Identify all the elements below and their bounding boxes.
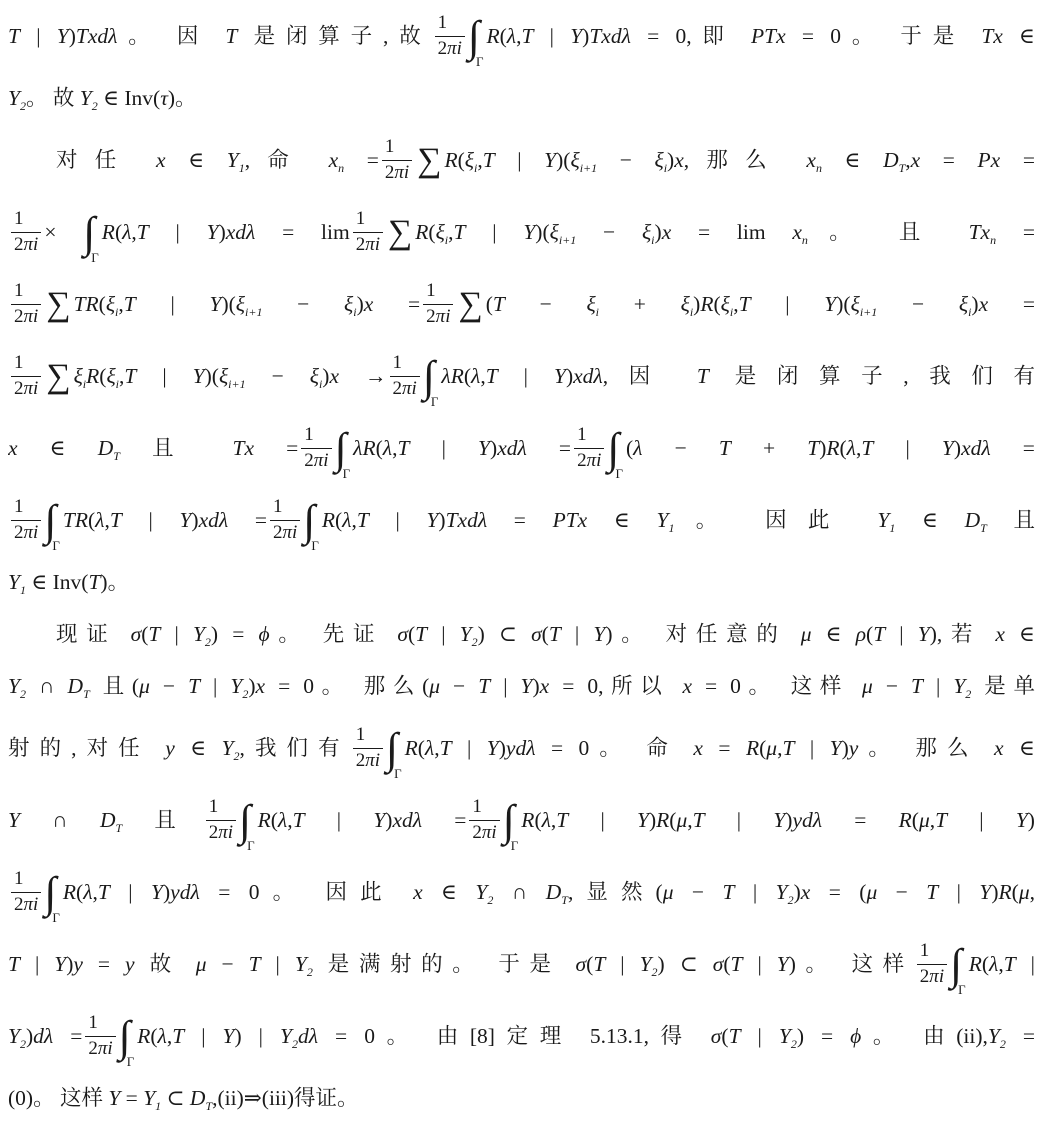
plain-text: )(: [221, 292, 235, 316]
plain-text: 2: [88, 1038, 98, 1059]
math-text: Y: [108, 1086, 120, 1110]
fraction-denominator: 2πi: [574, 449, 604, 472]
plain-text: 且: [122, 808, 203, 832]
math-text: ydλ: [506, 736, 536, 760]
math-text: T: [739, 292, 751, 316]
math-text: xdλ: [199, 508, 229, 532]
math-text: D: [546, 880, 562, 904]
fraction-denominator: 2πi: [390, 377, 420, 400]
plain-text: |: [149, 220, 207, 244]
math-text: Y: [280, 1024, 292, 1048]
math-text: Y: [193, 364, 205, 388]
plain-text: |: [369, 508, 427, 532]
plain-text: = 0。 因此: [200, 880, 413, 904]
document-page: T | Y)Txdλ。 因 T 是闭算子,故12πi∫ΓR(λ,T | Y)Tx…: [0, 0, 1043, 1124]
math-text: ϕ: [850, 1024, 861, 1048]
fraction: 12πi: [435, 12, 465, 60]
math-text: λ: [847, 436, 856, 460]
math-text: T: [124, 364, 136, 388]
fraction-numerator: 1: [382, 136, 412, 160]
plain-text: ,命: [245, 148, 329, 172]
math-text: πi: [482, 822, 497, 843]
plain-text: =: [996, 220, 1035, 244]
math-text: T: [861, 436, 873, 460]
plain-text: 2: [14, 306, 24, 327]
fraction-numerator: 1: [11, 868, 41, 892]
fraction-denominator: 2πi: [382, 161, 412, 184]
summation-sign: ∑: [417, 141, 441, 181]
plain-text: −: [597, 148, 654, 172]
plain-text: 2: [356, 234, 366, 255]
math-text: λ: [989, 952, 998, 976]
math-text: Y: [57, 24, 69, 48]
math-text: ϕ: [258, 622, 269, 646]
plain-text: ) =: [797, 1024, 850, 1048]
integral-contour-label: Γ: [343, 466, 351, 481]
math-text: σ: [131, 622, 142, 646]
plain-text: ∈: [1004, 736, 1035, 760]
fraction-denominator: 2πi: [435, 37, 465, 60]
math-text: T: [593, 952, 605, 976]
math-text: x: [156, 148, 166, 172]
math-text: Y: [143, 1086, 155, 1110]
integral-sign: ∫Γ: [44, 870, 61, 916]
text-line-8: 12πi∫ΓTR(λ,T | Y)xdλ =12πi∫ΓR(λ,T | Y)Tx…: [8, 484, 1035, 556]
plain-text: |: [160, 622, 193, 646]
plain-text: (: [982, 952, 989, 976]
plain-text: |: [305, 808, 374, 832]
plain-text: |: [751, 292, 825, 316]
plain-text: = (: [810, 880, 866, 904]
plain-text: ): [971, 292, 978, 316]
math-text: σ: [397, 622, 408, 646]
plain-text: (: [912, 808, 919, 832]
math-text: R: [746, 736, 759, 760]
math-text: Y: [80, 86, 92, 110]
math-text: x: [979, 292, 989, 316]
math-text: TR: [63, 508, 88, 532]
plain-text: ): [438, 508, 445, 532]
plain-text: |: [200, 674, 230, 698]
math-text: D: [100, 808, 116, 832]
math-text: πi: [24, 894, 39, 915]
summation-sign: ∑: [458, 285, 482, 325]
plain-text: |: [136, 364, 192, 388]
math-text: πi: [24, 306, 39, 327]
plain-text: (: [99, 292, 106, 316]
plain-text: =: [228, 508, 267, 532]
plain-text: )。: [168, 86, 197, 110]
plain-text: =: [991, 436, 1035, 460]
plain-text: 是闭算子,我们有: [709, 364, 1035, 388]
plain-text: 是单: [971, 674, 1035, 698]
plain-text: 1: [426, 280, 436, 301]
plain-text: 。 那么: [858, 736, 994, 760]
math-text: λ: [425, 736, 434, 760]
text-line-1: T | Y)Txdλ。 因 T 是闭算子,故12πi∫ΓR(λ,T | Y)Tx…: [8, 0, 1035, 72]
plain-text: = lim: [255, 220, 349, 244]
plain-text: (: [376, 436, 383, 460]
integral-sign: ∫Γ: [503, 798, 520, 844]
math-text: μ: [139, 674, 150, 698]
text-line-3: 对任 x ∈ Y1,命 xn =12πi∑R(ξi,T | Y)(ξi+1 − …: [8, 124, 1035, 196]
integral-contour-label: Γ: [247, 838, 255, 853]
math-text: ξ: [642, 220, 651, 244]
math-text: Y: [521, 674, 533, 698]
math-text: dλ: [298, 1024, 318, 1048]
math-text: ξ: [106, 292, 115, 316]
fraction-denominator: 2πi: [11, 893, 41, 916]
integral-contour-label: Γ: [311, 538, 319, 553]
math-text: T: [782, 736, 794, 760]
math-text: μ: [801, 622, 812, 646]
plain-text: 是闭算子,故: [237, 24, 431, 48]
plain-text: |: [261, 952, 295, 976]
fraction-denominator: 2πi: [11, 521, 41, 544]
fraction-numerator: 1: [11, 280, 41, 304]
math-text: Y: [230, 674, 242, 698]
integral-contour-label: Γ: [52, 538, 60, 553]
math-text: x: [662, 220, 672, 244]
plain-text: 2: [14, 378, 24, 399]
math-text: T: [249, 952, 261, 976]
plain-text: ∈: [18, 436, 98, 460]
subscript: T: [980, 521, 987, 535]
math-text: R: [258, 808, 271, 832]
plain-text: |: [923, 674, 953, 698]
fraction-denominator: 2πi: [423, 305, 453, 328]
fraction: 12πi: [206, 796, 236, 844]
text-line-15: T | Y)y = y 故 μ − T | Y2 是满射的。 于是 σ(T | …: [8, 928, 1035, 1000]
plain-text: |: [1016, 952, 1035, 976]
math-text: Y: [523, 220, 535, 244]
plain-text: 2: [472, 822, 482, 843]
math-text: PTx: [751, 24, 786, 48]
plain-text: =: [527, 436, 571, 460]
plain-text: ): [191, 508, 198, 532]
math-text: R: [102, 220, 115, 244]
math-text: T: [935, 808, 947, 832]
plain-text: 是满射的。 于是: [313, 952, 576, 976]
math-text: μ: [919, 808, 930, 832]
plain-text: ): [499, 736, 506, 760]
text-line-4: 12πi× ∫ΓR(λ,T | Y)xdλ = lim12πi∑R(ξi,T |…: [8, 196, 1035, 268]
math-text: T: [88, 570, 100, 594]
plain-text: 2: [438, 38, 448, 59]
math-text: Y: [295, 952, 307, 976]
fraction: 12πi: [353, 724, 383, 772]
plain-text: ∈ Inv(: [26, 570, 88, 594]
plain-text: ): [532, 674, 539, 698]
math-text: ξ: [74, 364, 83, 388]
integral-contour-label: Γ: [615, 466, 623, 481]
fraction: 12πi: [382, 136, 412, 184]
plain-text: 且: [120, 436, 233, 460]
plain-text: 2: [385, 162, 395, 183]
math-text: σ: [713, 952, 724, 976]
plain-text: ∈: [423, 880, 476, 904]
math-text: T: [486, 364, 498, 388]
math-text: T: [980, 521, 987, 535]
text-line-10: 现证 σ(T | Y2) = ϕ。 先证 σ(T | Y2) ⊂ σ(T | Y…: [8, 608, 1035, 660]
math-text: ξ: [236, 292, 245, 316]
plain-text: ×: [44, 220, 83, 244]
plain-text: =: [487, 508, 552, 532]
fraction-denominator: 2πi: [206, 821, 236, 844]
math-text: T: [454, 220, 466, 244]
plain-text: 1: [920, 940, 930, 961]
math-text: x: [792, 220, 802, 244]
plain-text: = lim: [671, 220, 792, 244]
math-text: πi: [24, 234, 39, 255]
integral-sign: ∫Γ: [423, 354, 440, 400]
plain-text: −: [642, 436, 718, 460]
math-text: D: [190, 1086, 206, 1110]
plain-text: ): [357, 292, 364, 316]
fraction: 12πi: [574, 424, 604, 472]
plain-text: ,(ii)⇒(iii)得证。: [212, 1086, 358, 1110]
math-text: λ: [471, 364, 480, 388]
math-text: Y: [637, 808, 649, 832]
math-text: TR: [74, 292, 99, 316]
math-text: x: [540, 674, 550, 698]
math-text: T: [357, 508, 369, 532]
math-text: R: [899, 808, 912, 832]
math-text: Y: [942, 436, 954, 460]
fraction-numerator: 1: [353, 208, 383, 232]
plain-text: (: [418, 736, 425, 760]
math-text: T: [293, 808, 305, 832]
math-text: y: [165, 736, 175, 760]
plain-text: −: [246, 364, 310, 388]
plain-text: ∈: [175, 736, 222, 760]
math-text: λR: [441, 364, 463, 388]
integral-contour-label: Γ: [511, 838, 519, 853]
math-text: R: [86, 364, 99, 388]
plain-text: 2: [393, 378, 403, 399]
plain-text: (: [486, 292, 493, 316]
plain-text: |: [568, 808, 637, 832]
plain-text: +: [731, 436, 807, 460]
fraction: 12πi: [11, 868, 41, 916]
plain-text: ⊂: [161, 1086, 190, 1110]
fraction-numerator: 1: [11, 352, 41, 376]
plain-text: )(: [556, 148, 570, 172]
plain-text: −: [150, 674, 188, 698]
fraction-numerator: 1: [301, 424, 331, 448]
math-text: μ: [862, 674, 873, 698]
math-text: ξ: [219, 364, 228, 388]
integral-sign: ∫Γ: [83, 210, 100, 256]
fraction: 12πi: [390, 352, 420, 400]
plain-text: −: [873, 674, 911, 698]
plain-text: = 0。 命: [536, 736, 694, 760]
math-text: T: [8, 24, 20, 48]
math-text: Y: [953, 674, 965, 698]
plain-text: ∈: [895, 508, 964, 532]
plain-text: = 0。 这样: [692, 674, 862, 698]
plain-text: = 0。 由[8]定理 5.13.1,得: [318, 1024, 711, 1048]
plain-text: (: [534, 808, 541, 832]
math-text: πi: [365, 750, 380, 771]
integral-contour-label: Γ: [476, 54, 484, 69]
math-text: T: [397, 436, 409, 460]
plain-text: ): [655, 220, 662, 244]
text-line-12: 射的,对任 y ∈ Y2,我们有12πi∫ΓR(λ,T | Y)ydλ = 0。…: [8, 712, 1035, 784]
plain-text: 1: [577, 424, 587, 445]
plain-text: |: [498, 364, 554, 388]
math-text: x: [329, 148, 339, 172]
math-text: T: [493, 292, 505, 316]
math-text: πi: [98, 1038, 113, 1059]
plain-text: |: [122, 508, 180, 532]
fraction: 12πi: [423, 280, 453, 328]
fraction-numerator: 1: [206, 796, 236, 820]
integral-sign: ∫Γ: [607, 426, 624, 472]
plain-text: +1: [562, 233, 576, 247]
plain-text: 1: [273, 496, 283, 517]
fraction-denominator: 2πi: [270, 521, 300, 544]
plain-text: →: [339, 364, 387, 388]
math-text: R: [63, 880, 76, 904]
plain-text: −: [576, 220, 642, 244]
plain-text: ,那么: [684, 148, 807, 172]
plain-text: ): [794, 880, 801, 904]
math-text: T: [478, 674, 490, 698]
plain-text: −: [877, 880, 926, 904]
plain-text: |: [533, 24, 570, 48]
plain-text: 1: [14, 280, 24, 301]
subscript: T: [113, 449, 120, 463]
math-text: μ: [663, 880, 674, 904]
plain-text: |: [110, 880, 151, 904]
plain-text: 1: [304, 424, 314, 445]
plain-text: 。 先证: [270, 622, 398, 646]
math-text: Y: [918, 622, 930, 646]
math-text: D: [883, 148, 899, 172]
plain-text: = 0,即: [631, 24, 751, 48]
math-text: Y: [223, 1024, 235, 1048]
plain-text: (: [271, 808, 278, 832]
plain-text: |: [495, 148, 545, 172]
plain-text: ∩: [26, 674, 68, 698]
plain-text: |: [705, 808, 774, 832]
plain-text: =: [373, 292, 420, 316]
math-text: y: [849, 736, 859, 760]
subscript: i+1: [228, 377, 245, 391]
plain-text: ) |: [235, 1024, 281, 1048]
math-text: R: [700, 292, 713, 316]
fraction: 12πi: [11, 208, 41, 256]
math-text: x: [806, 148, 816, 172]
math-text: Y: [487, 736, 499, 760]
plain-text: 2: [304, 450, 314, 471]
fraction: 12πi: [11, 280, 41, 328]
plain-text: +1: [248, 305, 262, 319]
plain-text: |: [794, 736, 829, 760]
plain-text: 1: [88, 1012, 98, 1033]
math-text: T: [722, 880, 734, 904]
plain-text: |: [427, 622, 460, 646]
plain-text: 1: [14, 868, 24, 889]
math-text: πi: [24, 378, 39, 399]
plain-text: (: [721, 1024, 728, 1048]
math-text: T: [719, 436, 731, 460]
math-text: T: [730, 952, 742, 976]
subscript: T: [83, 687, 90, 701]
text-line-7: x ∈ DT 且 Tx =12πi∫ΓλR(λ,T | Y)xdλ =12πi∫…: [8, 412, 1035, 484]
fraction: 12πi: [353, 208, 383, 256]
text-line-11: Y2 ∩ DT 且(μ − T | Y2)x = 0。 那么(μ − T | Y…: [8, 660, 1035, 712]
plain-text: 2: [426, 306, 436, 327]
math-text: τ: [160, 86, 168, 110]
math-text: T: [521, 24, 533, 48]
math-text: Y: [460, 622, 472, 646]
math-text: Y: [8, 570, 20, 594]
plain-text: |: [490, 674, 520, 698]
math-text: ρ: [856, 622, 866, 646]
math-text: x: [329, 364, 339, 388]
plain-text: =: [120, 1086, 143, 1110]
fraction-denominator: 2πi: [11, 233, 41, 256]
math-text: ξ: [436, 220, 445, 244]
math-text: Y: [1016, 808, 1028, 832]
plain-text: = 0,所以: [549, 674, 682, 698]
plain-text: =: [822, 808, 899, 832]
plain-text: 故: [135, 952, 196, 976]
fraction-numerator: 1: [469, 796, 499, 820]
math-text: xdλ: [573, 364, 603, 388]
plain-text: 射的,对任: [8, 736, 165, 760]
math-text: T: [188, 674, 200, 698]
plain-text: = 0。 那么(: [265, 674, 429, 698]
plain-text: 1: [209, 796, 219, 817]
plain-text: =: [920, 148, 977, 172]
summation-sign: ∑: [46, 285, 70, 325]
math-text: πi: [365, 234, 380, 255]
math-text: x: [911, 148, 921, 172]
plain-text: )(: [836, 292, 850, 316]
plain-text: +1: [583, 161, 597, 175]
fraction-denominator: 2πi: [85, 1037, 115, 1060]
math-text: Y: [54, 952, 66, 976]
fraction-denominator: 2πi: [353, 749, 383, 772]
plain-text: |: [184, 1024, 222, 1048]
math-text: x: [995, 622, 1005, 646]
fraction: 12πi: [85, 1012, 115, 1060]
math-text: Y: [193, 622, 205, 646]
math-text: R: [486, 24, 499, 48]
math-text: λ: [158, 1024, 167, 1048]
fraction-numerator: 1: [11, 208, 41, 232]
fraction-numerator: 1: [917, 940, 947, 964]
fraction-numerator: 1: [270, 496, 300, 520]
plain-text: ): [1028, 808, 1035, 832]
plain-text: ∈: [812, 622, 856, 646]
fraction-denominator: 2πi: [353, 233, 383, 256]
plain-text: 1: [438, 12, 448, 33]
text-line-14: 12πi∫ΓR(λ,T | Y)ydλ = 0。 因此 x ∈ Y2 ∩ DT,…: [8, 856, 1035, 928]
integral-sign: ∫Γ: [303, 498, 320, 544]
math-text: Y: [773, 808, 785, 832]
math-text: Y: [779, 1024, 791, 1048]
math-text: R: [999, 880, 1012, 904]
plain-text: =: [1006, 1024, 1035, 1048]
text-line-17: (0)。 这样 Y = Y1 ⊂ DT,(ii)⇒(iii)得证。: [8, 1072, 1035, 1124]
plain-text: =: [1000, 148, 1035, 172]
plain-text: ) =: [211, 622, 259, 646]
math-text: T: [113, 449, 120, 463]
